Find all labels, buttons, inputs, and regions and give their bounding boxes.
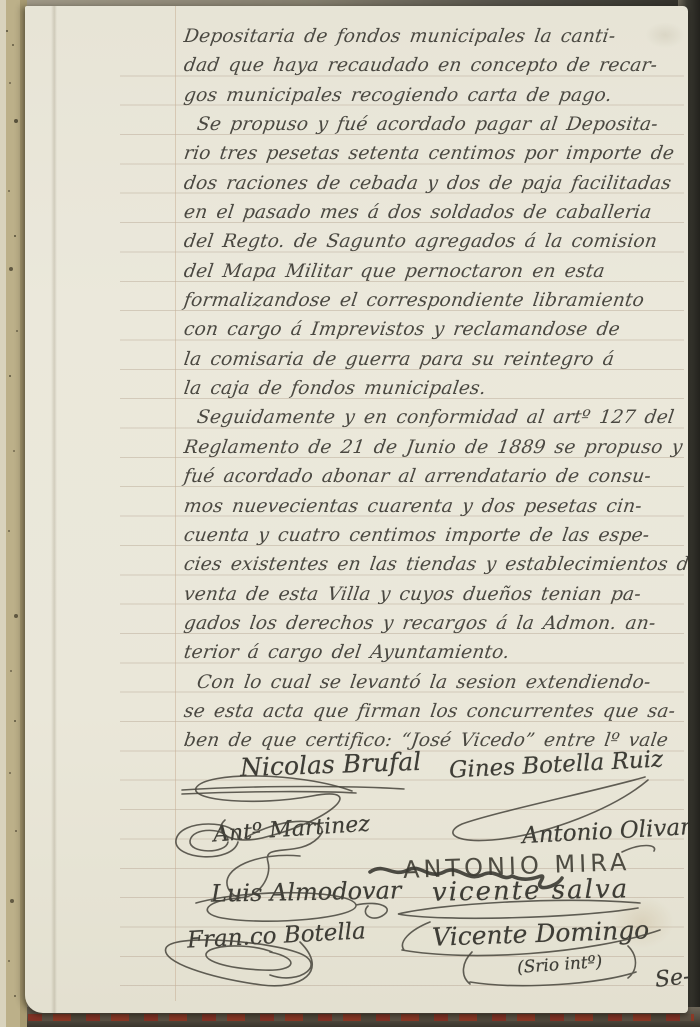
manuscript-text: Depositaria de fondos municipales la can… bbox=[184, 22, 686, 756]
manuscript-line: gados los derechos y recargos á la Admon… bbox=[182, 609, 688, 638]
manuscript-page: Depositaria de fondos municipales la can… bbox=[25, 6, 688, 1013]
manuscript-line: gos municipales recogiendo carta de pago… bbox=[182, 81, 688, 110]
manuscript-line: se esta acta que firman los concurrentes… bbox=[182, 697, 688, 726]
manuscript-line: cies existentes en las tiendas y estable… bbox=[182, 550, 688, 579]
page-crease bbox=[51, 6, 57, 1013]
margin-rule bbox=[175, 6, 176, 1001]
manuscript-line: Depositaria de fondos municipales la can… bbox=[182, 22, 688, 51]
manuscript-line: rio tres pesetas setenta centimos por im… bbox=[182, 139, 688, 168]
binding-speckles bbox=[6, 30, 8, 32]
manuscript-line: fué acordado abonar al arrendatario de c… bbox=[182, 462, 688, 491]
manuscript-line: Seguidamente y en conformidad al artº 12… bbox=[182, 403, 688, 432]
manuscript-line: mos nuevecientas cuarenta y dos pesetas … bbox=[182, 492, 688, 521]
manuscript-line: Reglamento de 21 de Junio de 1889 se pro… bbox=[182, 433, 688, 462]
signature-luis-almodovar: Luis Almodovar bbox=[211, 876, 402, 907]
manuscript-line: Se propuso y fué acordado pagar al Depos… bbox=[182, 110, 688, 139]
manuscript-line: dad que haya recaudado en concepto de re… bbox=[182, 51, 688, 80]
manuscript-line: en el pasado mes á dos soldados de cabal… bbox=[182, 198, 688, 227]
scanned-manuscript-page: Depositaria de fondos municipales la can… bbox=[0, 0, 700, 1027]
manuscript-line: terior á cargo del Ayuntamiento. bbox=[182, 638, 688, 667]
binding-strip bbox=[0, 0, 27, 1027]
manuscript-line: del Regto. de Sagunto agregados á la com… bbox=[182, 227, 688, 256]
manuscript-line: formalizandose el correspondiente libram… bbox=[182, 286, 688, 315]
manuscript-line: del Mapa Militar que pernoctaron en esta bbox=[182, 257, 688, 286]
manuscript-line: la caja de fondos municipales. bbox=[182, 374, 688, 403]
manuscript-line: la comisaria de guerra para su reintegro… bbox=[182, 345, 688, 374]
catchword: Se- bbox=[654, 964, 688, 993]
manuscript-line: con cargo á Imprevistos y reclamandose d… bbox=[182, 315, 688, 344]
manuscript-line: cuenta y cuatro centimos importe de las … bbox=[182, 521, 688, 550]
manuscript-line: Con lo cual se levantó la sesion extendi… bbox=[182, 668, 688, 697]
signature-vicente-salva: vicente salva bbox=[432, 874, 630, 907]
manuscript-line: venta de esta Villa y cuyos dueños tenia… bbox=[182, 580, 688, 609]
manuscript-line: dos raciones de cebada y dos de paja fac… bbox=[182, 169, 688, 198]
